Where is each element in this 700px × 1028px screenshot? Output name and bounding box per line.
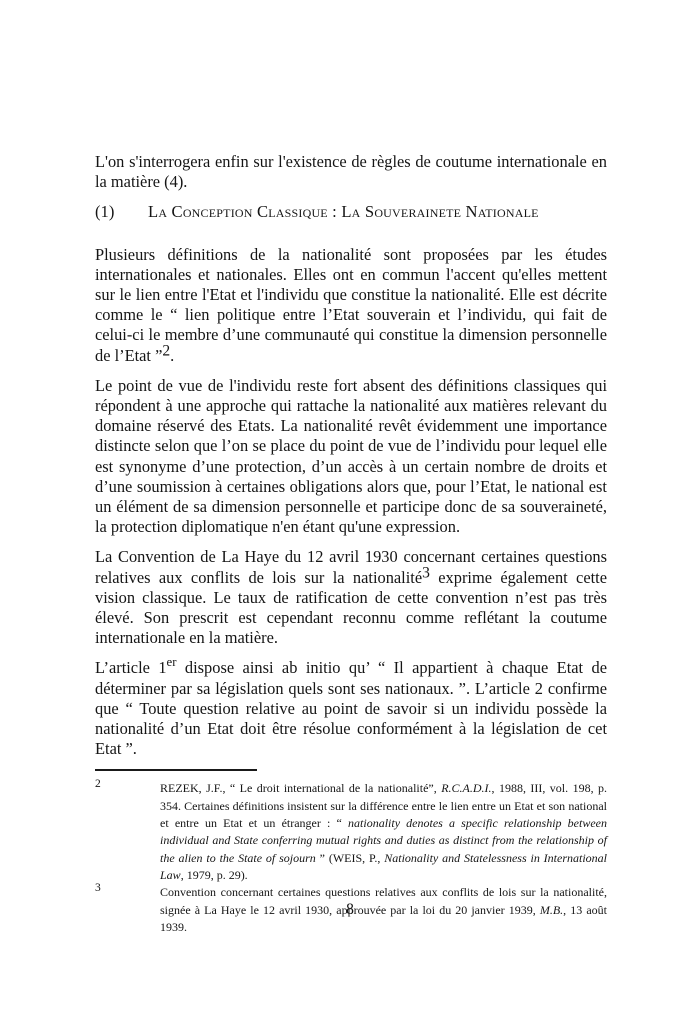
footnote-2-number: 2 (95, 778, 160, 882)
footnote-ref-3: 3 (422, 564, 430, 581)
section-heading: (1) La Conception Classique : La Souvera… (95, 202, 607, 222)
paragraph-definitions-end: . (170, 346, 174, 365)
page-number: 8 (0, 901, 700, 919)
footnote-ref-2: 2 (162, 342, 170, 359)
intro-paragraph: L'on s'interrogera enfin sur l'existence… (95, 152, 607, 192)
document-body: L'on s'interrogera enfin sur l'existence… (95, 152, 607, 759)
heading-title: La Conception Classique : La Souverainet… (148, 202, 539, 222)
footnote-2-end: , 1979, p. 29). (181, 868, 248, 882)
intro-text: L'on s'interrogera enfin sur l'existence… (95, 152, 607, 191)
paragraph-article-start: L’article 1 (95, 658, 167, 677)
paragraph-definitions: Plusieurs définitions de la nationalité … (95, 245, 607, 366)
footnote-2-text: REZEK, J.F., “ Le droit international de… (160, 780, 607, 884)
paragraph-hague-convention: La Convention de La Haye du 12 avril 193… (95, 547, 607, 648)
footnote-2-citation: REZEK, J.F., “ Le droit international de… (160, 781, 441, 795)
ordinal-suffix: er (167, 655, 177, 669)
paragraph-point-of-view: Le point de vue de l'individu reste fort… (95, 376, 607, 538)
journal-title: R.C.A.D.I. (441, 781, 491, 795)
paragraph-article-1: L’article 1er dispose ainsi ab initio qu… (95, 658, 607, 759)
footnote-2: 2 REZEK, J.F., “ Le droit international … (95, 780, 607, 884)
footnote-2-after-quote: ” (WEIS, P., (316, 851, 384, 865)
document-page: L'on s'interrogera enfin sur l'existence… (0, 0, 700, 1028)
paragraph-point-of-view-text: Le point de vue de l'individu reste fort… (95, 376, 607, 536)
paragraph-article-end: dispose ainsi ab initio qu’ “ Il apparti… (95, 658, 607, 758)
heading-number: (1) (95, 202, 148, 222)
footnote-separator (95, 769, 257, 771)
